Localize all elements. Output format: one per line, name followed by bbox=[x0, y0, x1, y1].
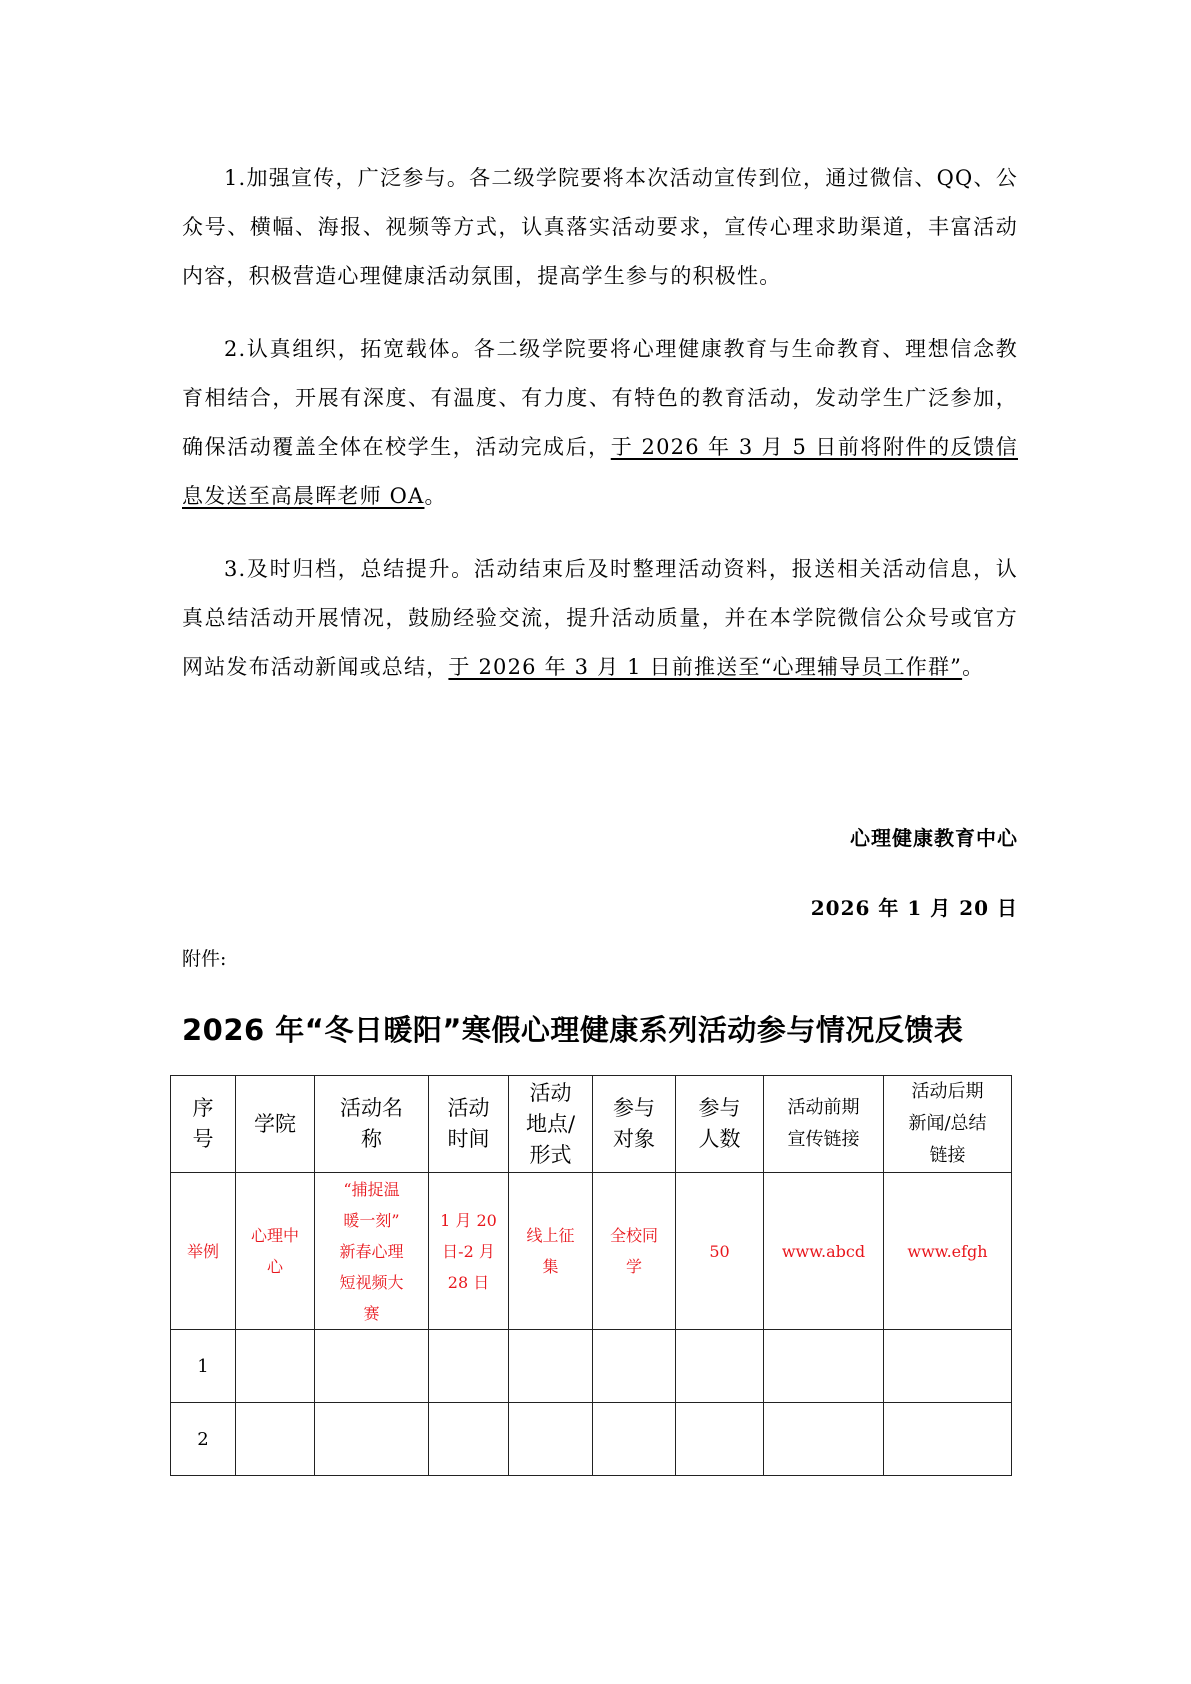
header-location-format: 活动地点/形式 bbox=[509, 1076, 593, 1173]
cell-news-link[interactable] bbox=[884, 1403, 1012, 1476]
cell-college[interactable] bbox=[236, 1403, 315, 1476]
header-activity-name: 活动名称 bbox=[315, 1076, 429, 1173]
paragraph-text-end: 。 bbox=[962, 655, 984, 679]
paragraph-text-end: 。 bbox=[424, 484, 446, 508]
cell-location-format[interactable] bbox=[509, 1330, 593, 1403]
cell-college: 心理中心 bbox=[236, 1173, 315, 1330]
table-row: 1 bbox=[171, 1330, 1012, 1403]
cell-audience[interactable] bbox=[593, 1403, 676, 1476]
cell-promo-link[interactable] bbox=[764, 1403, 884, 1476]
signature-organization: 心理健康教育中心 bbox=[850, 822, 1018, 851]
header-activity-time: 活动时间 bbox=[429, 1076, 509, 1173]
cell-location-format[interactable] bbox=[509, 1403, 593, 1476]
cell-promo-link[interactable] bbox=[764, 1330, 884, 1403]
paragraph-1: 1.加强宣传，广泛参与。各二级学院要将本次活动宣传到位，通过微信、QQ、公众号、… bbox=[182, 154, 1018, 301]
paragraph-text: 加强宣传，广泛参与。各二级学院要将本次活动宣传到位，通过微信、QQ、公众号、横幅… bbox=[182, 166, 1018, 288]
paragraph-number: 1. bbox=[224, 166, 246, 190]
cell-activity-name: “捕捉温暖一刻”新春心理短视频大赛 bbox=[315, 1173, 429, 1330]
paragraph-2: 2.认真组织，拓宽载体。各二级学院要将心理健康教育与生命教育、理想信念教育相结合… bbox=[182, 325, 1018, 521]
signature-date: 2026 年 1 月 20 日 bbox=[811, 892, 1018, 921]
feedback-table: 序号 学院 活动名称 活动时间 活动地点/形式 参与对象 参与人数 活动前期宣传… bbox=[170, 1075, 1012, 1476]
header-news-link: 活动后期新闻/总结链接 bbox=[884, 1076, 1012, 1173]
cell-promo-link: www.abcd bbox=[764, 1173, 884, 1330]
cell-participant-count[interactable] bbox=[676, 1330, 764, 1403]
paragraph-3: 3.及时归档，总结提升。活动结束后及时整理活动资料，报送相关活动信息，认真总结活… bbox=[182, 545, 1018, 692]
cell-activity-time[interactable] bbox=[429, 1403, 509, 1476]
cell-news-link: www.efgh bbox=[884, 1173, 1012, 1330]
attachment-label: 附件: bbox=[182, 944, 226, 971]
cell-activity-time[interactable] bbox=[429, 1330, 509, 1403]
cell-activity-name[interactable] bbox=[315, 1330, 429, 1403]
header-index: 序号 bbox=[171, 1076, 236, 1173]
cell-news-link[interactable] bbox=[884, 1330, 1012, 1403]
cell-location-format: 线上征集 bbox=[509, 1173, 593, 1330]
header-participant-count: 参与人数 bbox=[676, 1076, 764, 1173]
paragraph-number: 3. bbox=[224, 557, 246, 581]
cell-index: 举例 bbox=[171, 1173, 236, 1330]
table-header-row: 序号 学院 活动名称 活动时间 活动地点/形式 参与对象 参与人数 活动前期宣传… bbox=[171, 1076, 1012, 1173]
cell-audience: 全校同学 bbox=[593, 1173, 676, 1330]
cell-participant-count[interactable] bbox=[676, 1403, 764, 1476]
cell-index: 2 bbox=[171, 1403, 236, 1476]
cell-participant-count: 50 bbox=[676, 1173, 764, 1330]
cell-audience[interactable] bbox=[593, 1330, 676, 1403]
table-row-example: 举例 心理中心 “捕捉温暖一刻”新春心理短视频大赛 1 月 20日-2 月28 … bbox=[171, 1173, 1012, 1330]
cell-activity-name[interactable] bbox=[315, 1403, 429, 1476]
header-college: 学院 bbox=[236, 1076, 315, 1173]
table-title: 2026 年“冬日暖阳”寒假心理健康系列活动参与情况反馈表 bbox=[182, 1008, 963, 1049]
cell-college[interactable] bbox=[236, 1330, 315, 1403]
cell-activity-time: 1 月 20日-2 月28 日 bbox=[429, 1173, 509, 1330]
header-audience: 参与对象 bbox=[593, 1076, 676, 1173]
header-promo-link: 活动前期宣传链接 bbox=[764, 1076, 884, 1173]
table-row: 2 bbox=[171, 1403, 1012, 1476]
paragraph-deadline-underlined: 于 2026 年 3 月 1 日前推送至“心理辅导员工作群” bbox=[448, 655, 962, 679]
paragraph-number: 2. bbox=[224, 337, 246, 361]
cell-index: 1 bbox=[171, 1330, 236, 1403]
